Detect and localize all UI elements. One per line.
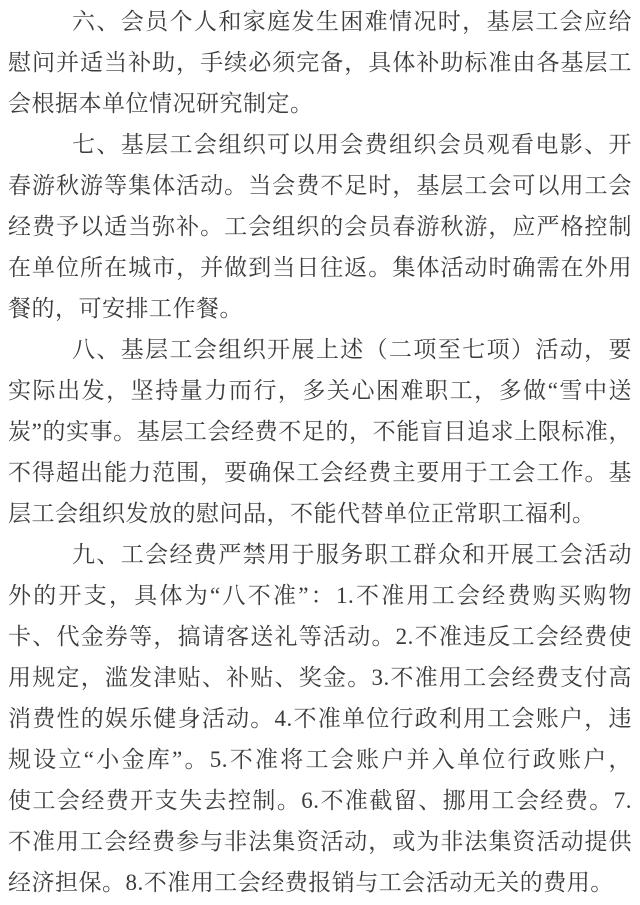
text-line: 外的开支，具体为“八不准”：1.不准用工会经费购买购物 <box>8 575 632 616</box>
text-line: 卡、代金券等，搞请客送礼等活动。2.不准违反工会经费使 <box>8 616 632 657</box>
text-line: 层工会组织发放的慰问品，不能代替单位正常职工福利。 <box>8 493 632 534</box>
text-line: 在单位所在城市，并做到当日往返。集体活动时确需在外用 <box>8 247 632 288</box>
text-line: 使工会经费开支失去控制。6.不准截留、挪用工会经费。7. <box>8 780 632 821</box>
text-line: 八、基层工会组织开展上述（二项至七项）活动，要从 <box>8 329 632 370</box>
text-line: 九、工会经费严禁用于服务职工群众和开展工会活动以 <box>8 534 632 575</box>
document-page: 六、会员个人和家庭发生困难情况时，基层工会应给予慰问并适当补助，手续必须完备，具… <box>0 0 640 905</box>
text-line: 炭”的实事。基层工会经费不足的，不能盲目追求上限标准， <box>8 411 632 452</box>
text-line: 餐的，可安排工作餐。 <box>8 288 632 329</box>
text-line: 不准用工会经费参与非法集资活动，或为非法集资活动提供 <box>8 821 632 862</box>
paragraph-clause-9: 九、工会经费严禁用于服务职工群众和开展工会活动以外的开支，具体为“八不准”：1.… <box>8 534 632 903</box>
paragraph-clause-7: 七、基层工会组织可以用会费组织会员观看电影、开展春游秋游等集体活动。当会费不足时… <box>8 124 632 329</box>
text-line: 经济担保。8.不准用工会经费报销与工会活动无关的费用。 <box>8 862 632 903</box>
text-line: 六、会员个人和家庭发生困难情况时，基层工会应给予 <box>8 1 632 42</box>
document-body: 六、会员个人和家庭发生困难情况时，基层工会应给予慰问并适当补助，手续必须完备，具… <box>8 1 632 903</box>
text-line: 春游秋游等集体活动。当会费不足时，基层工会可以用工会 <box>8 165 632 206</box>
text-line: 经费予以适当弥补。工会组织的会员春游秋游，应严格控制 <box>8 206 632 247</box>
text-line: 不得超出能力范围，要确保工会经费主要用于工会工作。基 <box>8 452 632 493</box>
text-line: 用规定，滥发津贴、补贴、奖金。3.不准用工会经费支付高 <box>8 657 632 698</box>
text-line: 七、基层工会组织可以用会费组织会员观看电影、开展 <box>8 124 632 165</box>
paragraph-clause-8: 八、基层工会组织开展上述（二项至七项）活动，要从实际出发，坚持量力而行，多关心困… <box>8 329 632 534</box>
text-line: 会根据本单位情况研究制定。 <box>8 83 632 124</box>
text-line: 实际出发，坚持量力而行，多关心困难职工，多做“雪中送 <box>8 370 632 411</box>
paragraph-clause-6: 六、会员个人和家庭发生困难情况时，基层工会应给予慰问并适当补助，手续必须完备，具… <box>8 1 632 124</box>
text-line: 规设立“小金库”。5.不准将工会账户并入单位行政账户， <box>8 739 632 780</box>
text-line: 慰问并适当补助，手续必须完备，具体补助标准由各基层工 <box>8 42 632 83</box>
text-line: 消费性的娱乐健身活动。4.不准单位行政利用工会账户，违 <box>8 698 632 739</box>
